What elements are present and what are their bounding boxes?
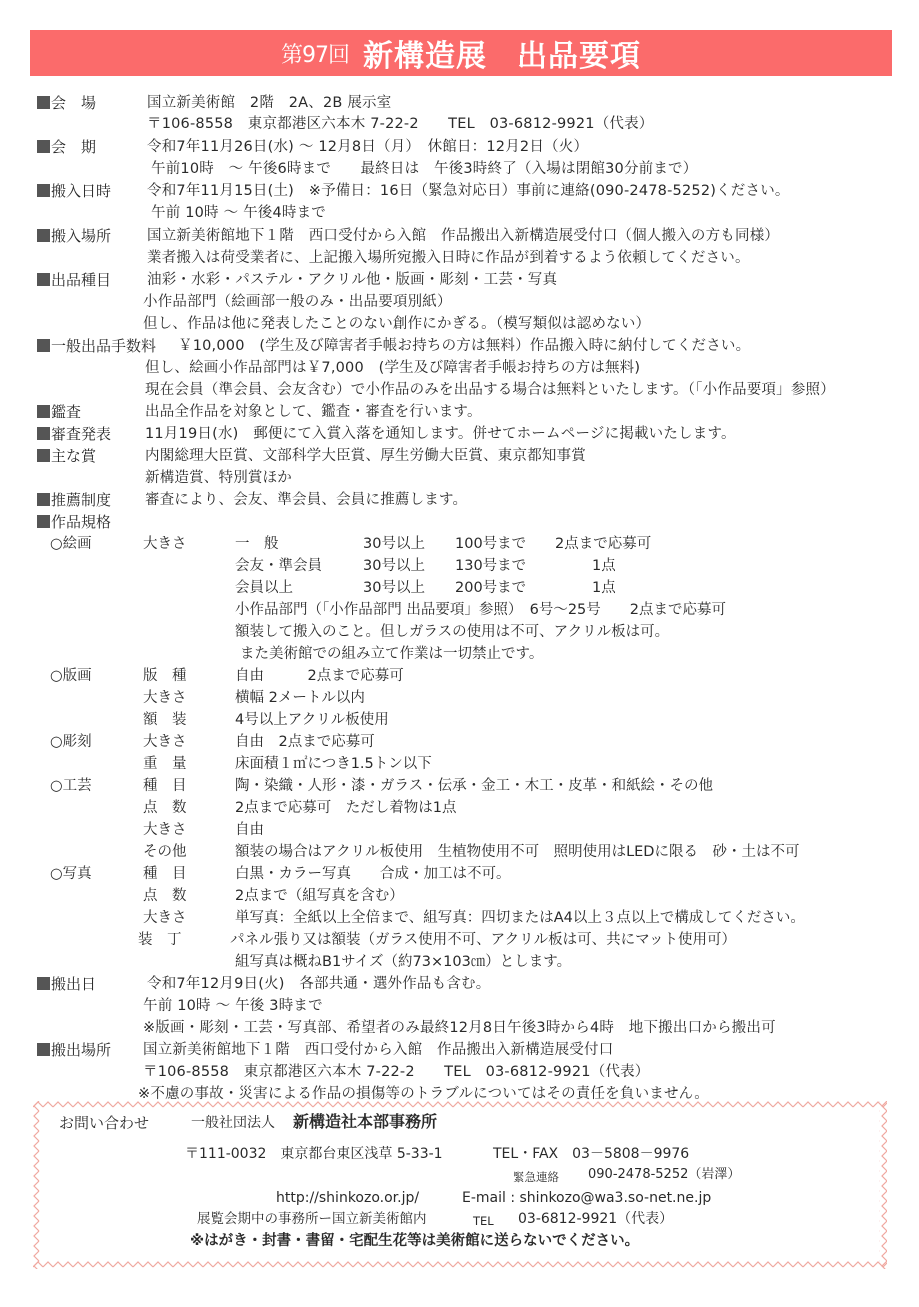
period-line-1: 令和7年11月26日(水) ～ 12月8日（月） 休館日：12月2日（火） (147, 137, 588, 157)
recommendation-line-1: 審査により、会友、準会員、会員に推薦します。 (145, 490, 467, 510)
section-label-awards: 主な賞 (37, 446, 96, 466)
edition-label: 第97回 (281, 38, 349, 69)
section-label-period: 会 期 (37, 137, 96, 157)
photo-value-4: パネル張り又は額装（ガラス使用不可、アクリル板は可、共にマット使用可） (230, 930, 736, 950)
print-value-2: 横幅 2メートル以内 (235, 688, 365, 708)
square-bullet-icon (37, 449, 50, 462)
section-label-delivery-date: 搬入日時 (37, 181, 111, 201)
square-bullet-icon (37, 405, 50, 418)
section-label-fee: 一般出品手数料 (37, 336, 156, 356)
craft-key-4: その他 (143, 842, 187, 862)
painting-min-general: 30号以上 (363, 534, 425, 554)
painting-note-3: また美術館での組み立て作業は一切禁止です。 (240, 644, 543, 664)
photo-note: 組写真は概ねB1サイズ（約73×103㎝）とします。 (235, 952, 571, 972)
print-key-2: 大きさ (143, 688, 187, 708)
section-label-announcement: 審査発表 (37, 424, 111, 444)
photo-label: ○写真 (50, 864, 92, 884)
pickup-place-line-2: 〒106-8558 東京都港区六本木 7-22-2 TEL 03-6812-99… (143, 1062, 650, 1082)
painting-label: ○絵画 (50, 534, 92, 554)
painting-count-associate: 1点 (592, 556, 616, 576)
print-label: ○版画 (50, 666, 92, 686)
section-label-delivery-place: 搬入場所 (37, 226, 111, 246)
mail-warning: ※はがき・封書・書留・宅配生花等は美術館に送らないでください。 (190, 1231, 639, 1251)
venue-line-1: 国立新美術館 2階 2A、2B 展示室 (147, 93, 391, 113)
delivery-date-line-2: 午前 10時 ～ 午後4時まで (151, 203, 326, 223)
craft-value-2: 2点まで応募可 ただし着物は1点 (235, 798, 456, 818)
categories-line-2: 小作品部門（絵画部一般のみ・出品要項別紙） (143, 292, 452, 312)
print-key-1: 版 種 (143, 666, 187, 686)
document-subtitle: 出品要項 (517, 31, 641, 75)
section-label-pickup-place: 搬出場所 (37, 1040, 111, 1060)
painting-min-associate: 30号以上 (363, 556, 425, 576)
pickup-place-line-1: 国立新美術館地下１階 西口受付から入館 作品搬出入新構造展受付口 (143, 1040, 613, 1060)
contact-org-type: 一般社団法人 (191, 1113, 275, 1133)
painting-note-2: 額装して搬入のこと。但しガラスの使用は不可、アクリル板は可。 (235, 622, 669, 642)
emergency-label: 緊急連絡 (513, 1167, 559, 1187)
contact-telfax: TEL・FAX 03－5808－9976 (493, 1144, 689, 1164)
square-bullet-icon (37, 427, 50, 440)
categories-line-1: 油彩・水彩・パステル・アクリル他・版画・彫刻・工芸・写真 (147, 270, 557, 290)
square-bullet-icon (37, 977, 50, 990)
sculpture-value-2: 床面積１㎡につき1.5トン以下 (235, 754, 432, 774)
fee-line-3: 現在会員（準会員、会友含む）で小作品のみを出品する場合は無料といたします。（「小… (145, 380, 835, 400)
awards-line-2: 新構造賞、特別賞ほか (145, 468, 292, 488)
categories-line-3: 但し、作品は他に発表したことのない創作にかぎる。（模写類似は認めない） (143, 314, 650, 334)
title-banner: 第97回 新構造展 出品要項 (30, 30, 892, 76)
square-bullet-icon (37, 140, 50, 153)
square-bullet-icon (37, 229, 50, 242)
pickup-date-line-1: 令和7年12月9日(火) 各部共通・選外作品も含む。 (147, 974, 490, 994)
print-key-3: 額 装 (143, 710, 187, 730)
period-line-2: 午前10時 ～ 午後6時まで 最終日は 午後3時終了（入場は閉館30分前まで） (151, 159, 697, 179)
review-line-1: 出品全作品を対象として、鑑査・審査を行います。 (145, 402, 482, 422)
photo-key-3: 大きさ (143, 908, 187, 928)
painting-note-1: 小作品部門（「小作品部門 出品要項」参照） 6号～25号 2点まで応募可 (235, 600, 726, 620)
square-bullet-icon (37, 1043, 50, 1056)
print-value-3: 4号以上アクリル板使用 (235, 710, 389, 730)
section-label-review: 鑑査 (37, 402, 81, 422)
sculpture-value-1: 自由 2点まで応募可 (235, 732, 375, 752)
exhibition-title: 新構造展 (363, 31, 487, 75)
contact-box: お問い合わせ 一般社団法人 新構造社本部事務所 〒111-0032 東京都台東区… (33, 1101, 887, 1269)
office-tel-label: TEL (473, 1211, 494, 1231)
photo-value-1: 白黒・カラー写真 合成・加工は不可。 (235, 864, 511, 884)
announcement-line-1: 11月19日(水) 郵便にて入賞入落を通知します。併せてホームページに掲載いたし… (145, 424, 736, 444)
square-bullet-icon (37, 96, 50, 109)
painting-count-general: 2点まで応募可 (555, 534, 651, 554)
square-bullet-icon (37, 493, 50, 506)
contact-org-name: 新構造社本部事務所 (293, 1112, 437, 1132)
painting-max-general: 100号まで (455, 534, 526, 554)
pickup-date-line-3: ※版画・彫刻・工芸・写真部、希望者のみ最終12月8日午後3時から4時 地下搬出口… (143, 1018, 776, 1038)
craft-value-4: 額装の場合はアクリル板使用 生植物使用不可 照明使用はLEDに限る 砂・土は不可 (235, 842, 799, 862)
painting-class-associate: 会友・準会員 (235, 556, 322, 576)
contact-address: 〒111-0032 東京都台東区浅草 5-33-1 (185, 1144, 443, 1164)
square-bullet-icon (37, 515, 50, 528)
painting-min-member: 30号以上 (363, 578, 425, 598)
section-label-venue: 会 場 (37, 93, 96, 113)
email-link[interactable]: E-mail : shinkozo@wa3.so-net.ne.jp (462, 1188, 711, 1208)
craft-key-1: 種 目 (143, 776, 187, 796)
craft-label: ○工芸 (50, 776, 92, 796)
painting-class-general: 一 般 (235, 534, 279, 554)
photo-key-2: 点 数 (143, 886, 187, 906)
delivery-place-line-2: 業者搬入は荷受業者に、上記搬入場所宛搬入日時に作品が到着するよう依頼してください… (147, 248, 750, 268)
craft-key-3: 大きさ (143, 820, 187, 840)
delivery-place-line-1: 国立新美術館地下１階 西口受付から入館 作品搬出入新構造展受付口（個人搬入の方も… (147, 226, 779, 246)
exhibition-office: 展覧会期中の事務所ー国立新美術館内 (197, 1209, 427, 1229)
craft-value-3: 自由 (235, 820, 264, 840)
sculpture-key-1: 大きさ (143, 732, 187, 752)
office-tel: 03-6812-9921（代表） (518, 1209, 673, 1229)
section-label-pickup-date: 搬出日 (37, 974, 96, 994)
delivery-date-line-1: 令和7年11月15日(土) ※予備日：16日（緊急対応日）事前に連絡(090-2… (147, 181, 790, 201)
painting-class-member: 会員以上 (235, 578, 293, 598)
awards-line-1: 内閣総理大臣賞、文部科学大臣賞、厚生労働大臣賞、東京都知事賞 (145, 446, 586, 466)
emergency-contact: 090-2478-5252（岩澤） (588, 1165, 740, 1185)
photo-value-3: 単写真：全紙以上全倍まで、組写真：四切またはA4以上３点以上で構成してください。 (235, 908, 805, 928)
painting-max-member: 200号まで (455, 578, 526, 598)
print-value-1: 自由 2点まで応募可 (235, 666, 404, 686)
painting-count-member: 1点 (592, 578, 616, 598)
painting-max-associate: 130号まで (455, 556, 526, 576)
craft-value-1: 陶・染織・人形・漆・ガラス・伝承・金工・木工・皮革・和紙絵・その他 (235, 776, 713, 796)
section-label-recommendation: 推薦制度 (37, 490, 111, 510)
website-link[interactable]: http://shinkozo.or.jp/ (276, 1188, 419, 1208)
photo-key-1: 種 目 (143, 864, 187, 884)
sculpture-key-2: 重 量 (143, 754, 187, 774)
section-label-categories: 出品種目 (37, 270, 111, 290)
square-bullet-icon (37, 184, 50, 197)
painting-size-label: 大きさ (143, 534, 187, 554)
section-label-specs: 作品規格 (37, 512, 111, 532)
square-bullet-icon (37, 339, 50, 352)
photo-value-2: 2点まで（組写真を含む） (235, 886, 404, 906)
photo-key-4: 装 丁 (138, 930, 182, 950)
square-bullet-icon (37, 273, 50, 286)
venue-line-2: 〒106-8558 東京都港区六本木 7-22-2 TEL 03-6812-99… (147, 114, 654, 134)
sculpture-label: ○彫刻 (50, 732, 92, 752)
fee-line-2: 但し、絵画小作品部門は￥7,000 (学生及び障害者手帳お持ちの方は無料) (145, 358, 640, 378)
pickup-date-line-2: 午前 10時 ～ 午後 3時まで (143, 996, 323, 1016)
fee-line-1: ￥10,000 (学生及び障害者手帳お持ちの方は無料）作品搬入時に納付してくださ… (178, 336, 750, 356)
craft-key-2: 点 数 (143, 798, 187, 818)
contact-heading: お問い合わせ (59, 1113, 149, 1133)
